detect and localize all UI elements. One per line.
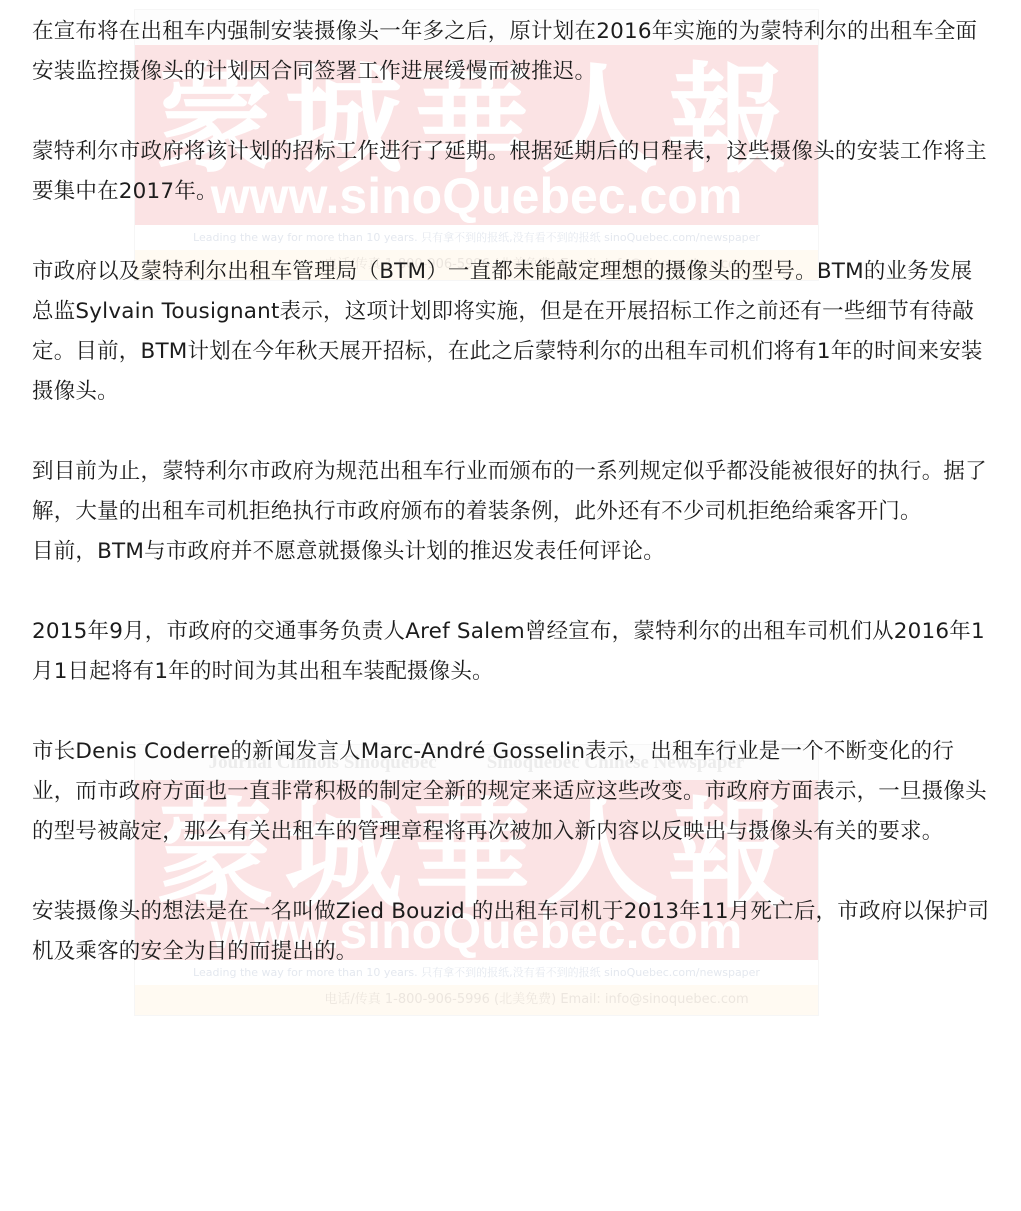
paragraph-delay-announcement: 在宣布将在出租车内强制安装摄像头一年多之后，原计划在2016年实施的为蒙特利尔的…: [32, 12, 991, 92]
paragraph-no-comment: 目前，BTM与市政府并不愿意就摄像头计划的推迟发表任何评论。: [32, 532, 991, 572]
article-body: 在宣布将在出租车内强制安装摄像头一年多之后，原计划在2016年实施的为蒙特利尔的…: [0, 0, 1021, 972]
paragraph-btm-camera-model: 市政府以及蒙特利尔出租车管理局（BTM）一直都未能敲定理想的摄像头的型号。BTM…: [32, 252, 991, 412]
paragraph-origin-of-idea: 安装摄像头的想法是在一名叫做Zied Bouzid 的出租车司机于2013年11…: [32, 892, 991, 972]
paragraph-mayor-spokesperson: 市长Denis Coderre的新闻发言人Marc-André Gosselin…: [32, 732, 991, 852]
watermark-contact: 电话/传真 1-800-906-5996 (北美免费) Email: info@…: [135, 985, 818, 1015]
paragraph-regulations-enforcement: 到目前为止，蒙特利尔市政府为规范出租车行业而颁布的一系列规定似乎都没能被很好的执…: [32, 452, 991, 532]
paragraph-aref-salem: 2015年9月，市政府的交通事务负责人Aref Salem曾经宣布，蒙特利尔的出…: [32, 612, 991, 692]
paragraph-tender-postponed: 蒙特利尔市政府将该计划的招标工作进行了延期。根据延期后的日程表，这些摄像头的安装…: [32, 132, 991, 212]
